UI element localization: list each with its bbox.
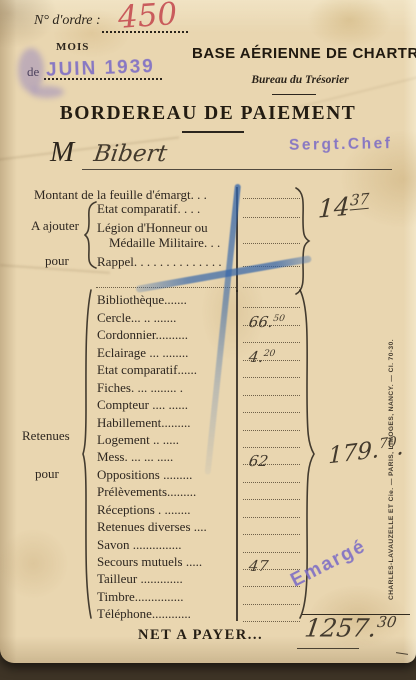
row-label: Savon ............... bbox=[97, 537, 236, 553]
additions-caption-top: A ajouter bbox=[31, 218, 79, 234]
row-value-line bbox=[243, 607, 300, 622]
row-label: Timbre............... bbox=[97, 589, 236, 605]
amount-main: 1257. bbox=[303, 613, 379, 642]
table-row: Secours mutuels .....47 bbox=[97, 553, 305, 570]
table-row: Logement .. ..... bbox=[97, 431, 305, 448]
amount-centimes: 30 bbox=[376, 613, 398, 631]
retenues-rows: Bibliothèque.......Cercle... .. .......6… bbox=[97, 291, 305, 622]
table-row: Etat comparatif...... bbox=[97, 361, 305, 378]
row-value-line: 62 bbox=[243, 450, 300, 465]
left-brace-deductions bbox=[80, 288, 94, 620]
row-value-line bbox=[243, 538, 300, 553]
row-label: Cercle... .. ....... bbox=[97, 310, 236, 326]
table-row: Savon ............... bbox=[97, 535, 305, 552]
table-row: Compteur .... ...... bbox=[97, 396, 305, 413]
table-row: Réceptions . ........ bbox=[97, 500, 305, 517]
printer-credit: CHARLES-LAVAUZELLE ET Cie. — PARIS, LIMO… bbox=[388, 339, 395, 600]
additions-total-handwritten: 1437 bbox=[317, 190, 369, 224]
table-row: Téléphone............ bbox=[97, 605, 305, 622]
row-value-line bbox=[243, 590, 300, 605]
office-subtitle: Bureau du Trésorier bbox=[238, 74, 362, 86]
right-brace-additions bbox=[294, 186, 312, 296]
table-row: Cercle... .. .......66.50 bbox=[97, 308, 305, 325]
divider-rule bbox=[272, 94, 316, 95]
deductions-caption-top: Retenues bbox=[22, 428, 70, 444]
table-row: Retenues diverses .... bbox=[97, 518, 305, 535]
addition-item: Légion d'Honneur ou bbox=[97, 220, 208, 236]
row-value-line bbox=[243, 328, 300, 343]
row-label: Retenues diverses .... bbox=[97, 519, 236, 535]
row-label: Prélèvements......... bbox=[97, 484, 236, 500]
row-label: Secours mutuels ..... bbox=[97, 554, 236, 570]
value-dotted-line bbox=[243, 242, 300, 244]
row-value-line bbox=[243, 468, 300, 483]
table-row: Timbre............... bbox=[97, 587, 305, 604]
net-to-pay-label: NET A PAYER... bbox=[138, 627, 263, 644]
row-label: Logement .. ..... bbox=[97, 432, 236, 448]
row-value-line bbox=[243, 363, 300, 378]
table-row: Oppositions ......... bbox=[97, 465, 305, 482]
row-value-line bbox=[243, 416, 300, 431]
document-paper: N° d'ordre : 450 MOIS de JUIN 1939 BASE … bbox=[0, 0, 416, 663]
net-dash-mark bbox=[396, 652, 408, 655]
rank-stamp: Sergt.Chef bbox=[289, 135, 393, 155]
stamp-smudge bbox=[30, 86, 64, 98]
row-value-line bbox=[243, 398, 300, 413]
table-row: Eclairage ... ........4.20 bbox=[97, 343, 305, 360]
date-stamp: JUIN 1939 bbox=[46, 56, 156, 82]
net-amount-handwritten: 1257.30 bbox=[303, 613, 398, 642]
row-label: Téléphone............ bbox=[97, 606, 236, 622]
deductions-caption-bottom: pour bbox=[35, 466, 59, 482]
row-value-line bbox=[243, 381, 300, 396]
row-value-line bbox=[243, 293, 300, 308]
left-brace-additions bbox=[84, 200, 98, 270]
row-value-line: 47 bbox=[243, 555, 300, 570]
row-label: Réceptions . ........ bbox=[97, 502, 236, 518]
value-dotted-line bbox=[243, 216, 300, 218]
row-label: Bibliothèque....... bbox=[97, 292, 236, 308]
table-row: Tailleur ............. bbox=[97, 570, 305, 587]
amount-trail: . bbox=[396, 434, 404, 461]
table-row: Fiches. ... ........ . bbox=[97, 378, 305, 395]
row-label: Oppositions ......... bbox=[97, 467, 236, 483]
row-label: Eclairage ... ........ bbox=[97, 345, 236, 361]
table-row: Mess. ... ... .....62 bbox=[97, 448, 305, 465]
unit-title: BASE AÉRIENNE DE CHARTRES bbox=[192, 45, 416, 62]
row-value-line bbox=[243, 433, 300, 448]
row-value-line bbox=[243, 520, 300, 535]
value-dotted-line bbox=[243, 286, 300, 288]
payee-prefix: M bbox=[50, 136, 74, 169]
addition-item: Rappel. . . . . . . . . . . . . . bbox=[97, 254, 222, 270]
additions-caption-bottom: pour bbox=[45, 253, 69, 269]
row-label: Mess. ... ... ..... bbox=[97, 449, 236, 465]
row-value-line: 66.50 bbox=[243, 311, 300, 326]
column-divider bbox=[236, 290, 238, 621]
month-label: MOIS bbox=[56, 41, 89, 53]
addition-item: Médaille Militaire. . . bbox=[109, 235, 220, 251]
payee-name-line bbox=[82, 153, 392, 170]
addition-item: Etat comparatif. . . . bbox=[97, 201, 200, 217]
order-number-label: N° d'ordre : bbox=[34, 13, 101, 29]
amount-main: 14 bbox=[317, 192, 350, 224]
order-number-handwritten: 450 bbox=[117, 0, 179, 36]
net-underline bbox=[297, 648, 359, 649]
table-row: Habillement......... bbox=[97, 413, 305, 430]
table-row: Prélèvements......... bbox=[97, 483, 305, 500]
amount-main: 179. bbox=[328, 437, 379, 469]
row-value-line bbox=[243, 485, 300, 500]
photo-frame: N° d'ordre : 450 MOIS de JUIN 1939 BASE … bbox=[0, 0, 416, 680]
row-label: Cordonnier.......... bbox=[97, 327, 236, 343]
row-label: Tailleur ............. bbox=[97, 571, 236, 587]
title-rule bbox=[182, 131, 244, 133]
table-row: Bibliothèque....... bbox=[97, 291, 305, 308]
value-dotted-line bbox=[243, 197, 300, 199]
row-value-line: 4.20 bbox=[243, 346, 300, 361]
table-row: Cordonnier.......... bbox=[97, 326, 305, 343]
amount-centimes: 37 bbox=[350, 190, 370, 211]
page-title: BORDEREAU DE PAIEMENT bbox=[58, 103, 358, 125]
row-value-line bbox=[243, 503, 300, 518]
